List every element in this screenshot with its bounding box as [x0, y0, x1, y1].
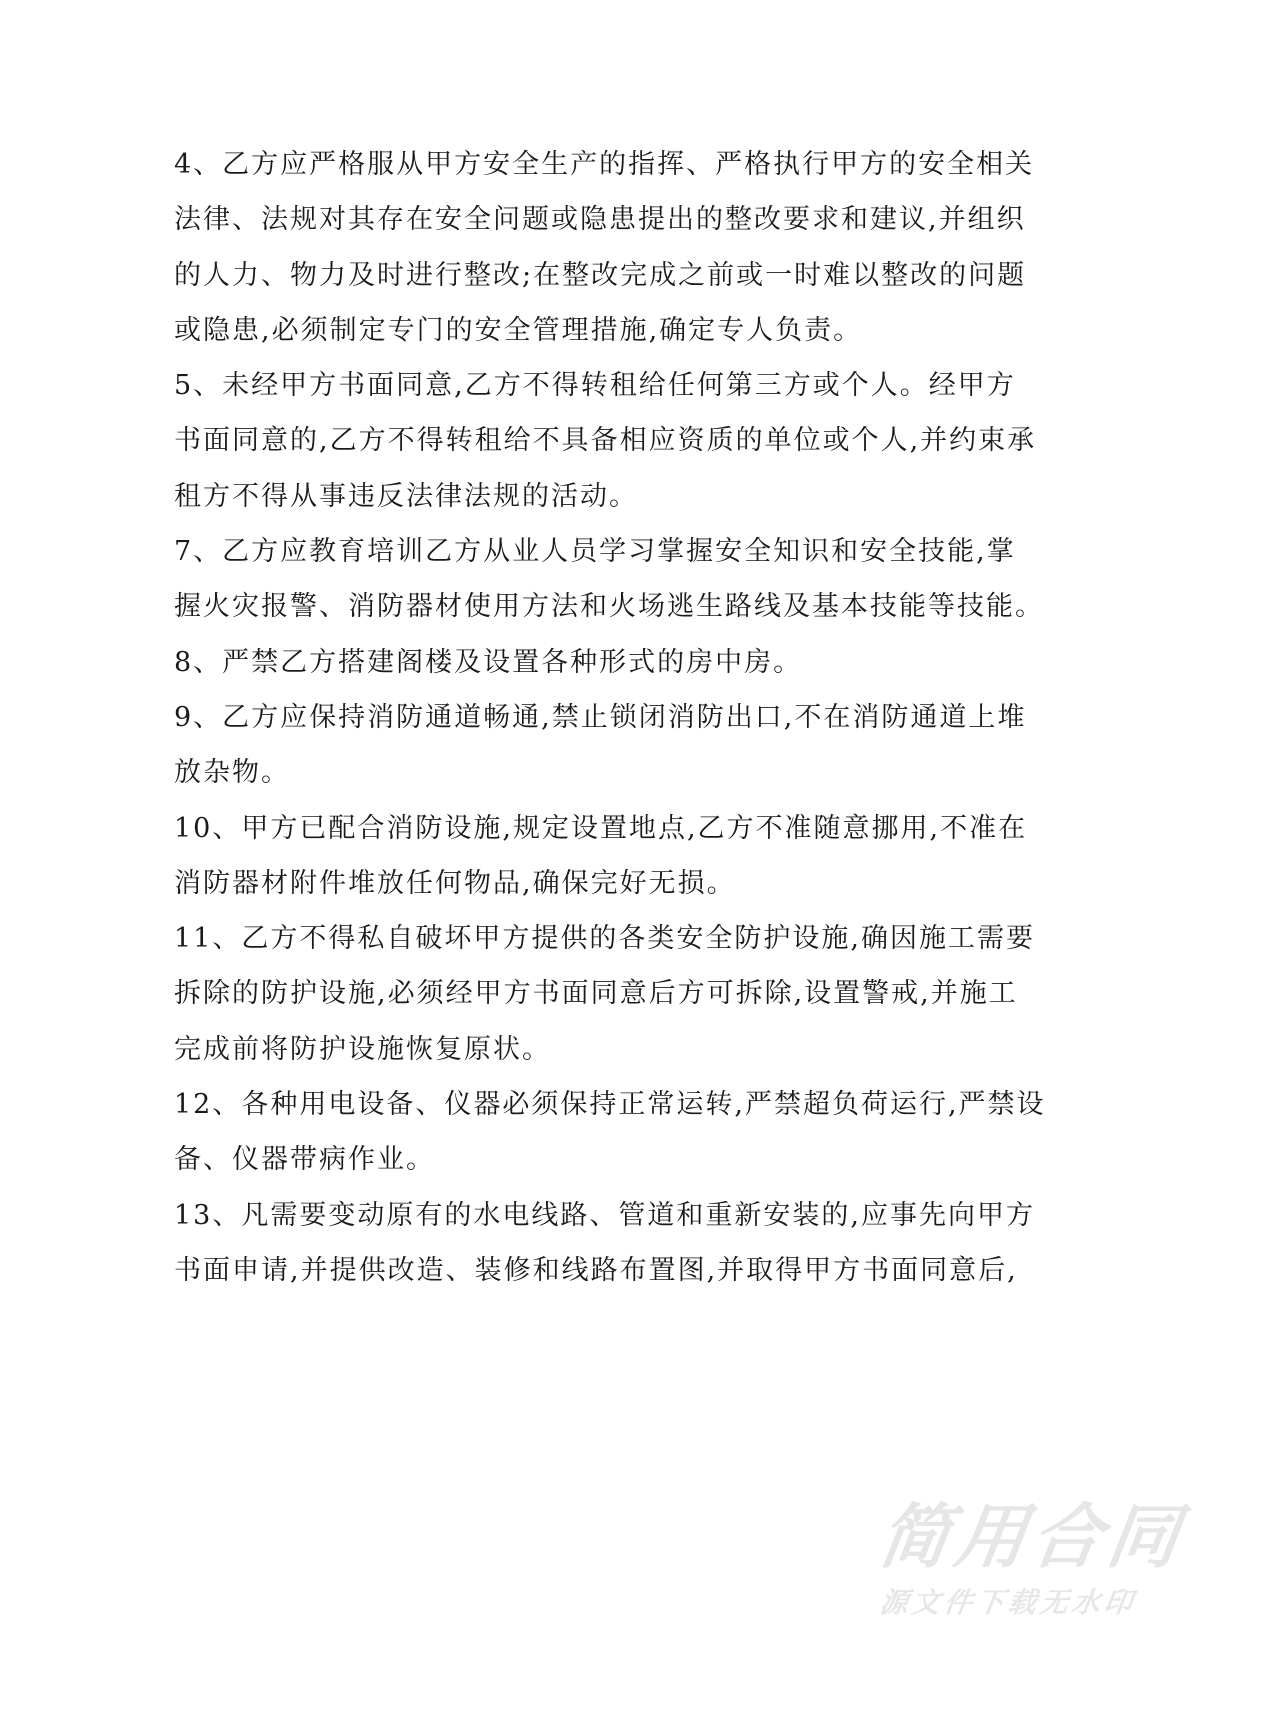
text-line: 消防器材附件堆放任何物品,确保完好无损。	[174, 856, 1114, 911]
text-line: 或隐患,必须制定专门的安全管理措施,确定专人负责。	[174, 303, 1114, 358]
text-line: 13、凡需要变动原有的水电线路、管道和重新安装的,应事先向甲方	[174, 1188, 1114, 1243]
watermark: 简用合同 源文件下载无水印	[880, 1497, 1200, 1623]
text-line: 11、乙方不得私自破坏甲方提供的各类安全防护设施,确因施工需要	[174, 911, 1114, 966]
text-line: 完成前将防护设施恢复原状。	[174, 1022, 1114, 1077]
text-line: 12、各种用电设备、仪器必须保持正常运转,严禁超负荷运行,严禁设	[174, 1077, 1114, 1132]
document-page: 4、乙方应严格服从甲方安全生产的指挥、严格执行甲方的安全相关 法律、法规对其存在…	[0, 0, 1280, 1713]
watermark-subtitle: 源文件下载无水印	[877, 1583, 1203, 1623]
text-line: 拆除的防护设施,必须经甲方书面同意后方可拆除,设置警戒,并施工	[174, 966, 1114, 1021]
text-line: 法律、法规对其存在安全问题或隐患提出的整改要求和建议,并组织	[174, 192, 1114, 247]
text-line: 书面申请,并提供改造、装修和线路布置图,并取得甲方书面同意后,	[174, 1243, 1114, 1298]
text-line: 放杂物。	[174, 745, 1114, 800]
text-line: 8、严禁乙方搭建阁楼及设置各种形式的房中房。	[174, 635, 1114, 690]
text-line: 握火灾报警、消防器材使用方法和火场逃生路线及基本技能等技能。	[174, 579, 1114, 634]
document-body: 4、乙方应严格服从甲方安全生产的指挥、严格执行甲方的安全相关 法律、法规对其存在…	[174, 137, 1114, 1298]
text-line: 书面同意的,乙方不得转租给不具备相应资质的单位或个人,并约束承	[174, 413, 1114, 468]
text-line: 10、甲方已配合消防设施,规定设置地点,乙方不准随意挪用,不准在	[174, 801, 1114, 856]
text-line: 5、未经甲方书面同意,乙方不得转租给任何第三方或个人。经甲方	[174, 358, 1114, 413]
text-line: 9、乙方应保持消防通道畅通,禁止锁闭消防出口,不在消防通道上堆	[174, 690, 1114, 745]
text-line: 的人力、物力及时进行整改;在整改完成之前或一时难以整改的问题	[174, 248, 1114, 303]
text-line: 7、乙方应教育培训乙方从业人员学习掌握安全知识和安全技能,掌	[174, 524, 1114, 579]
text-line: 备、仪器带病作业。	[174, 1132, 1114, 1187]
text-line: 4、乙方应严格服从甲方安全生产的指挥、严格执行甲方的安全相关	[174, 137, 1114, 192]
text-line: 租方不得从事违反法律法规的活动。	[174, 469, 1114, 524]
watermark-title: 简用合同	[874, 1497, 1205, 1577]
